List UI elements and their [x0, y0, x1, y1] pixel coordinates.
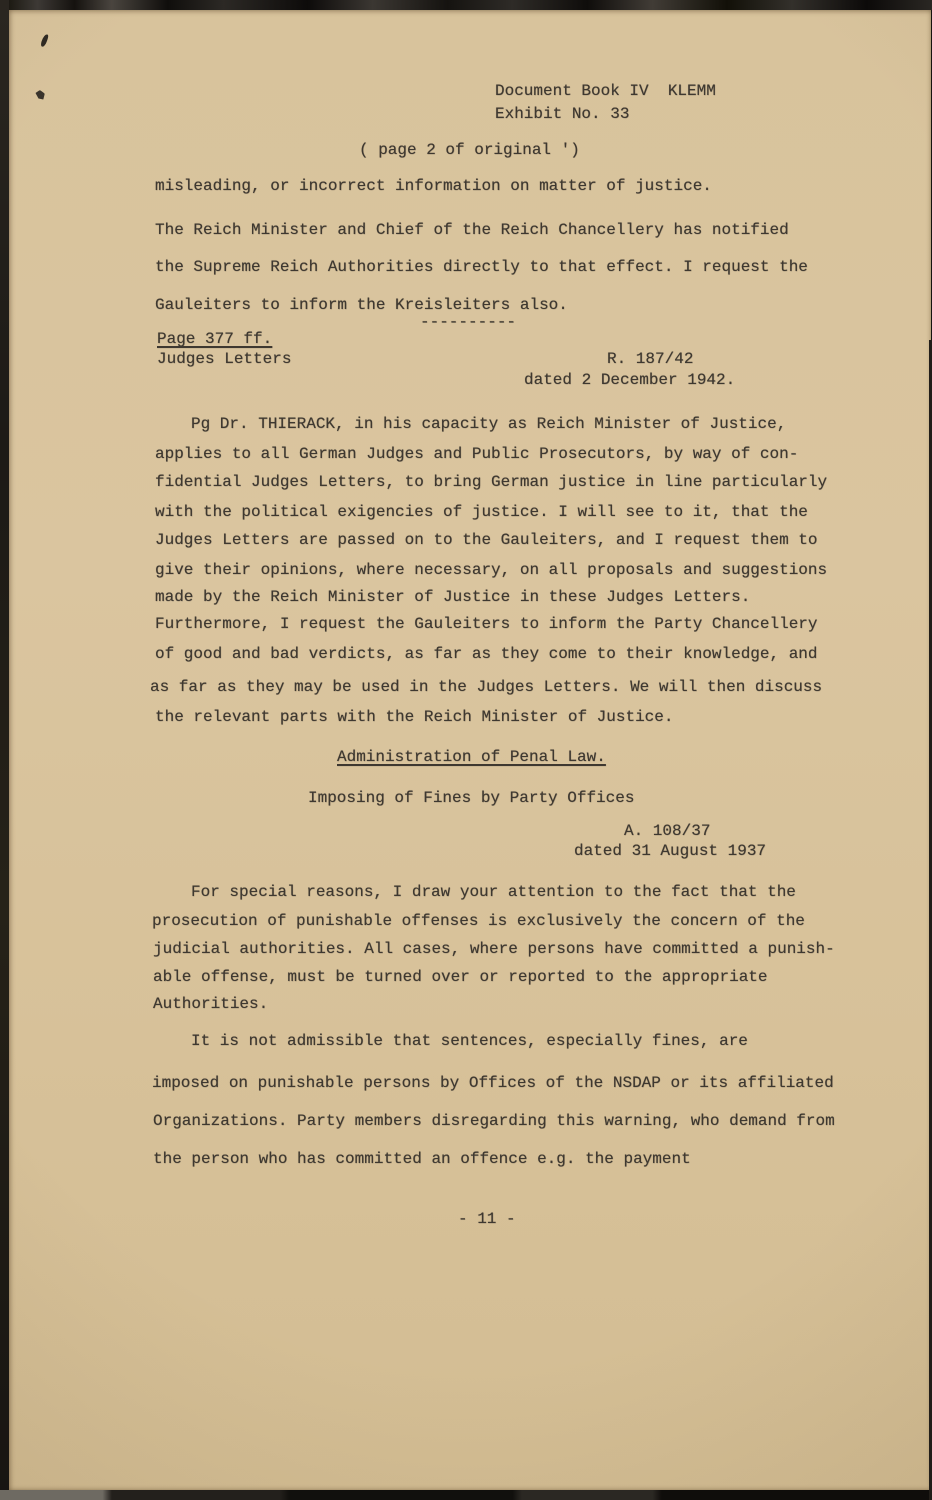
body-line: Pg Dr. THIERACK, in his capacity as Reic…: [191, 415, 786, 433]
section-ref-number: A. 108/37: [624, 822, 710, 840]
section-page-ref: Page 377 ff.: [157, 330, 272, 348]
section-title: Judges Letters: [157, 350, 291, 368]
intro-line: The Reich Minister and Chief of the Reic…: [155, 221, 789, 239]
body-line: of good and bad verdicts, as far as they…: [155, 645, 818, 663]
scan-edge-bottom: [0, 1490, 932, 1500]
body-line: Judges Letters are passed on to the Gaul…: [155, 531, 818, 549]
body-line: able offense, must be turned over or rep…: [153, 968, 768, 986]
intro-line: Gauleiters to inform the Kreisleiters al…: [155, 296, 568, 314]
intro-line: misleading, or incorrect information on …: [155, 177, 712, 195]
body-line: applies to all German Judges and Public …: [155, 445, 798, 463]
body-line: made by the Reich Minister of Justice in…: [155, 588, 750, 606]
page-number: - 11 -: [458, 1210, 516, 1228]
scan-edge-left: [0, 0, 9, 1500]
body-line: Authorities.: [153, 995, 268, 1013]
body-line: fidential Judges Letters, to bring Germa…: [155, 473, 827, 491]
body-line: imposed on punishable persons by Offices…: [152, 1074, 834, 1092]
section-date-line: dated 2 December 1942.: [524, 371, 735, 389]
body-line: prosecution of punishable offenses is ex…: [152, 912, 805, 930]
header-exhibit-number: Exhibit No. 33: [495, 105, 629, 123]
body-line: the relevant parts with the Reich Minist…: [155, 708, 673, 726]
body-line: Furthermore, I request the Gauleiters to…: [155, 615, 818, 633]
section-ref-number: R. 187/42: [607, 350, 693, 368]
body-line: Organizations. Party members disregardin…: [153, 1112, 835, 1130]
body-line: It is not admissible that sentences, esp…: [191, 1032, 748, 1050]
body-line: give their opinions, where necessary, on…: [155, 561, 827, 579]
section-heading: Administration of Penal Law.: [337, 748, 606, 766]
page-reference: ( page 2 of original '): [359, 141, 580, 159]
body-line: the person who has committed an offence …: [153, 1150, 691, 1168]
section-date-line: dated 31 August 1937: [574, 842, 766, 860]
section-subheading: Imposing of Fines by Party Offices: [308, 789, 634, 807]
body-line: For special reasons, I draw your attenti…: [191, 883, 796, 901]
intro-line: the Supreme Reich Authorities directly t…: [155, 258, 808, 276]
scan-edge-top: [0, 0, 932, 10]
separator-line: ----------: [420, 313, 516, 331]
body-line: judicial authorities. All cases, where p…: [153, 940, 835, 958]
header-book-title: Document Book IV KLEMM: [495, 82, 716, 100]
body-line: with the political exigencies of justice…: [155, 503, 808, 521]
body-line: as far as they may be used in the Judges…: [150, 678, 822, 696]
